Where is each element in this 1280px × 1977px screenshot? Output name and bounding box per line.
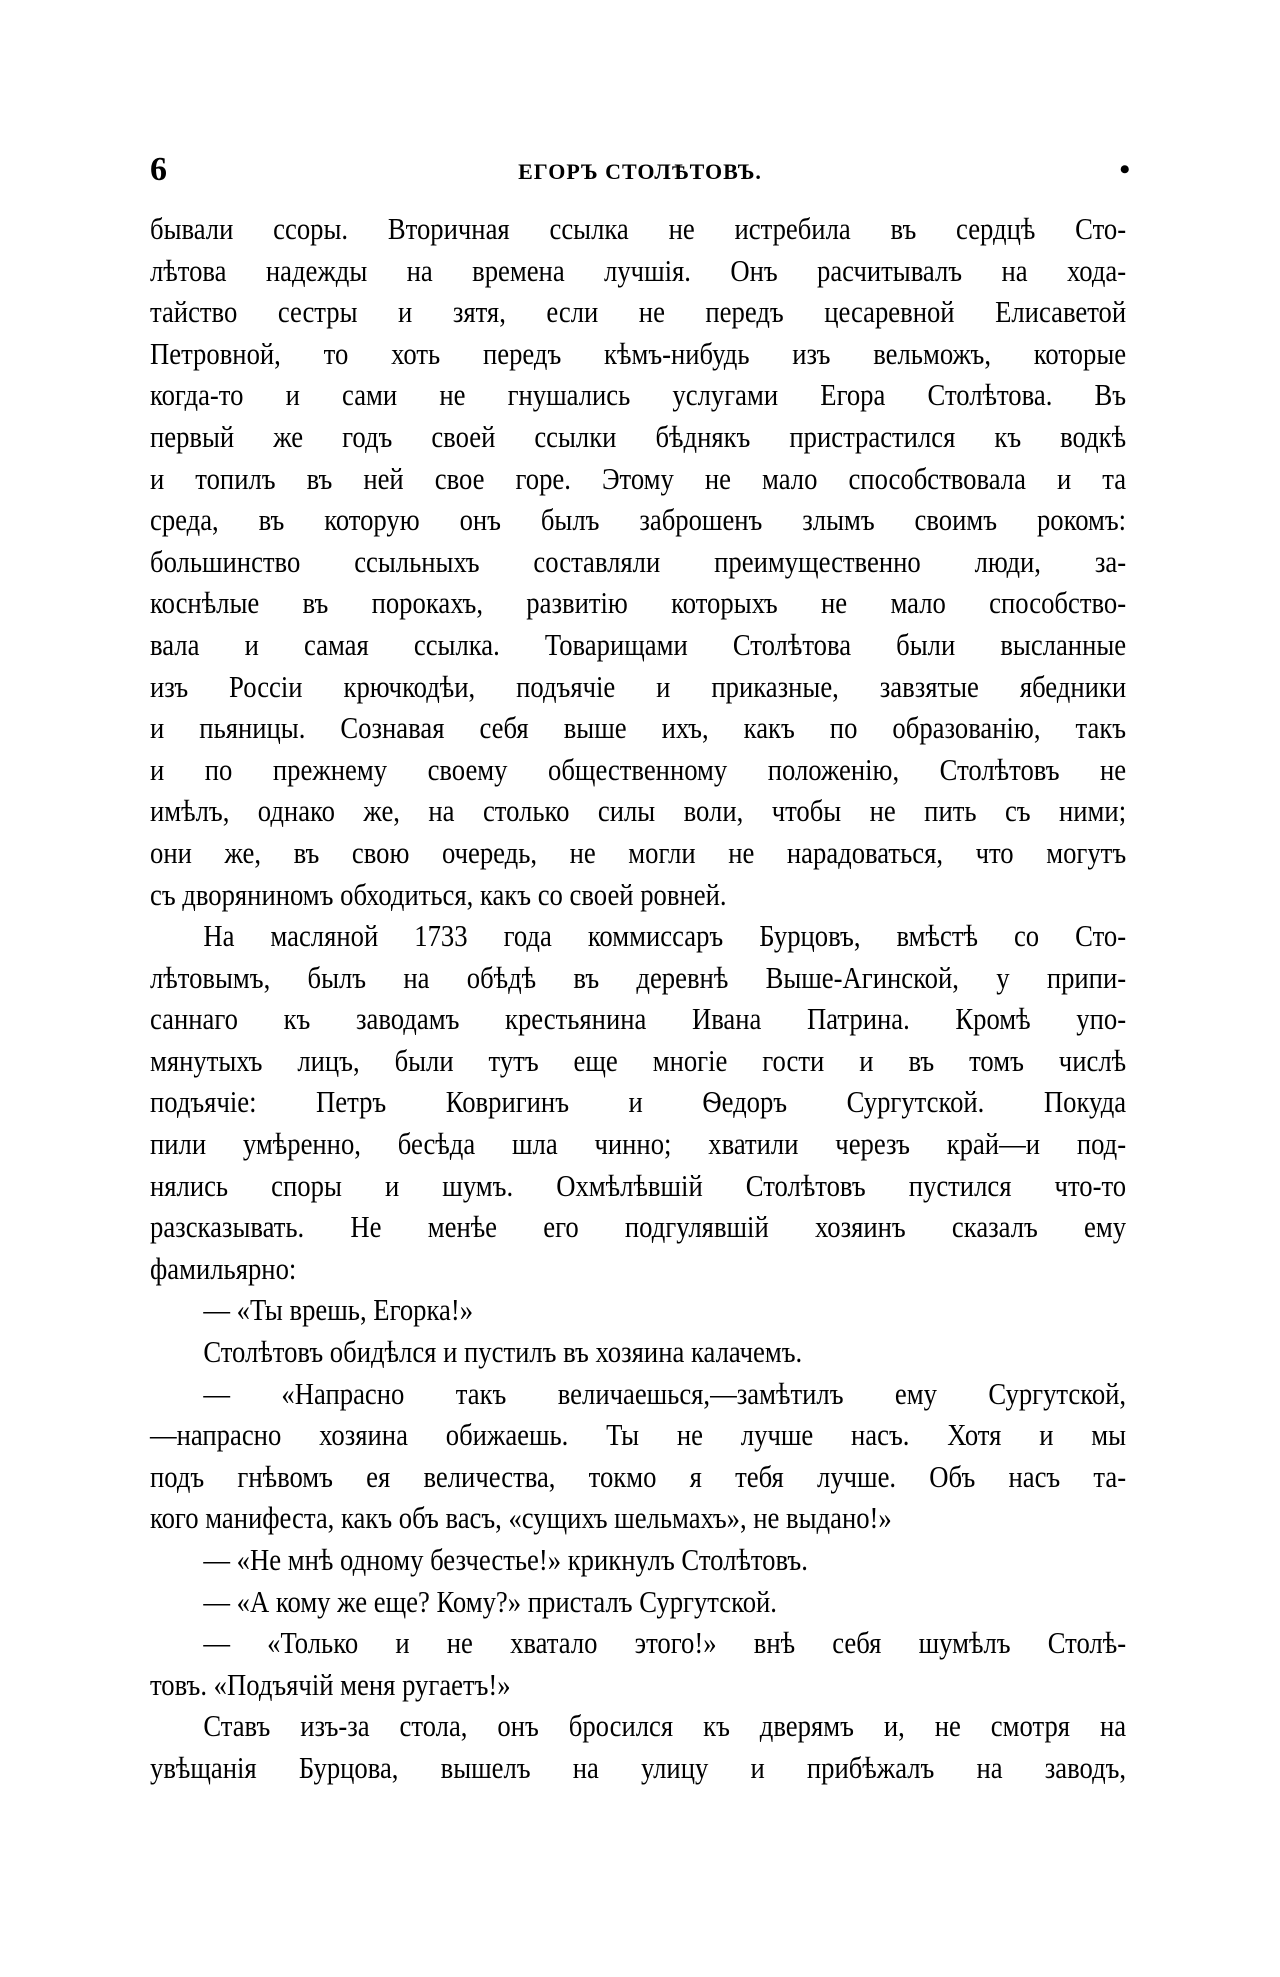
text-line: мянутыхъ лицъ, были тутъ еще многіе гост… — [150, 1040, 1126, 1082]
text-line: — «Только и не хватало этого!» внѣ себя … — [150, 1622, 1126, 1664]
text-line: Столѣтовъ обидѣлся и пустилъ въ хозяина … — [150, 1331, 1126, 1373]
running-head: 6 Егоръ Столѣтовъ. • — [150, 150, 1130, 190]
text-line: кого манифеста, какъ объ васъ, «сущихъ ш… — [150, 1497, 1126, 1539]
text-line: бывали ссоры. Вторичная ссылка не истреб… — [150, 208, 1126, 250]
header-mark: • — [1119, 150, 1130, 190]
text-line: разсказывать. Не менѣе его подгулявшій х… — [150, 1206, 1126, 1248]
text-line: они же, въ свою очередь, не могли не нар… — [150, 832, 1126, 874]
text-line: —напрасно хозяина обижаешь. Ты не лучше … — [150, 1414, 1126, 1456]
text-line: На масляной 1733 года коммиссаръ Бурцовъ… — [150, 915, 1126, 957]
text-line: подъ гнѣвомъ ея величества, токмо я тебя… — [150, 1456, 1126, 1498]
text-line: изъ Россіи крючкодѣи, подъячіе и приказн… — [150, 666, 1126, 708]
text-line: и по прежнему своему общественному полож… — [150, 749, 1126, 791]
book-page: 6 Егоръ Столѣтовъ. • бывали ссоры. Втори… — [0, 0, 1280, 1977]
text-line: съ дворяниномъ обходиться, какъ со своей… — [150, 874, 1126, 916]
text-line: саннаго къ заводамъ крестьянина Ивана Па… — [150, 998, 1126, 1040]
text-line: — «Напрасно такъ величаешься,—замѣтилъ е… — [150, 1373, 1126, 1415]
text-line: среда, въ которую онъ былъ заброшенъ злы… — [150, 499, 1126, 541]
text-line: — «Не мнѣ одному безчестье!» крикнулъ Ст… — [150, 1539, 1126, 1581]
running-head-title: Егоръ Столѣтовъ. — [150, 154, 1130, 190]
text-line: фамильярно: — [150, 1248, 1126, 1290]
text-line: имѣлъ, однако же, на столько силы воли, … — [150, 790, 1126, 832]
body-text: бывали ссоры. Вторичная ссылка не истреб… — [150, 208, 1126, 1789]
text-line: Петровной, то хоть передъ кѣмъ-нибудь из… — [150, 333, 1126, 375]
text-line: первый же годъ своей ссылки бѣднякъ прис… — [150, 416, 1126, 458]
text-line: Ставъ изъ-за стола, онъ бросился къ двер… — [150, 1705, 1126, 1747]
text-line: увѣщанія Бурцова, вышелъ на улицу и приб… — [150, 1747, 1126, 1789]
text-line: нялись споры и шумъ. Охмѣлѣвшій Столѣтов… — [150, 1165, 1126, 1207]
text-line: и топилъ въ ней свое горе. Этому не мало… — [150, 458, 1126, 500]
text-line: когда-то и сами не гнушались услугами Ег… — [150, 374, 1126, 416]
text-line: лѣтовымъ, былъ на обѣдѣ въ деревнѣ Выше-… — [150, 957, 1126, 999]
text-line: — «Ты врешь, Егорка!» — [150, 1289, 1126, 1331]
text-line: вала и самая ссылка. Товарищами Столѣтов… — [150, 624, 1126, 666]
text-line: и пьяницы. Сознавая себя выше ихъ, какъ … — [150, 707, 1126, 749]
text-line: лѣтова надежды на времена лучшія. Онъ ра… — [150, 250, 1126, 292]
text-line: тайство сестры и зятя, если не передъ це… — [150, 291, 1126, 333]
text-line: товъ. «Подъячій меня ругаетъ!» — [150, 1664, 1126, 1706]
text-line: — «А кому же еще? Кому?» присталъ Сургут… — [150, 1581, 1126, 1623]
text-line: подъячіе: Петръ Ковригинъ и Ѳедоръ Сургу… — [150, 1081, 1126, 1123]
text-line: пили умѣренно, бесѣда шла чинно; хватили… — [150, 1123, 1126, 1165]
text-line: большинство ссыльныхъ составляли преимущ… — [150, 541, 1126, 583]
text-line: коснѣлые въ порокахъ, развитію которыхъ … — [150, 582, 1126, 624]
